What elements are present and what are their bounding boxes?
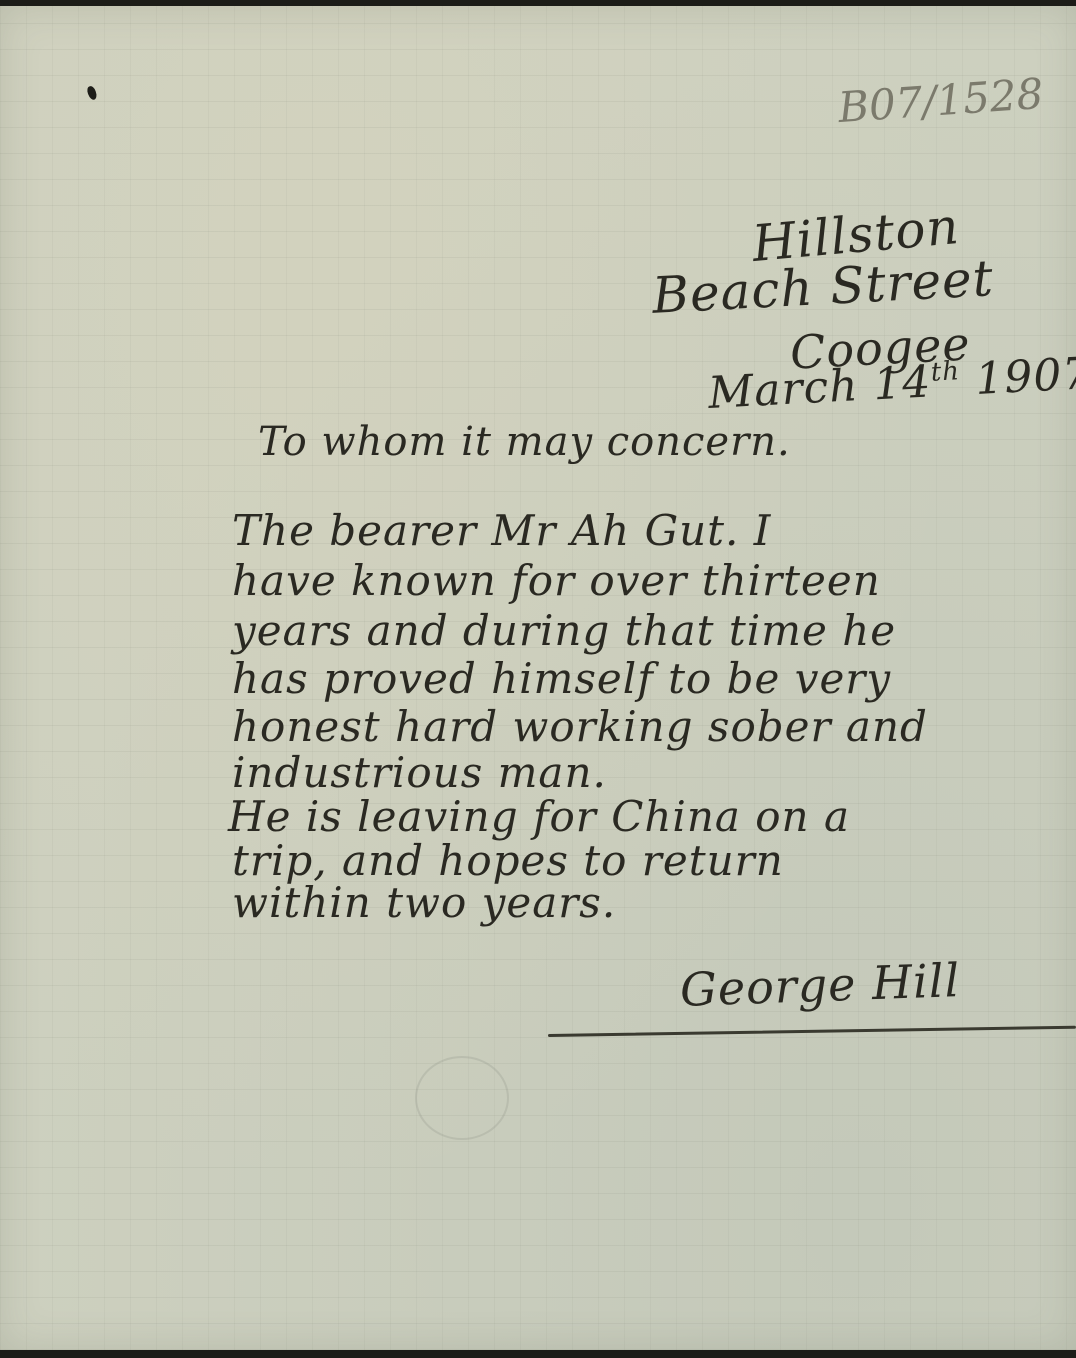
date-year: 1907 — [974, 348, 1076, 405]
body-line: have known for over thirteen — [232, 556, 881, 605]
ink-speck — [86, 85, 98, 101]
signature-underline — [548, 1026, 1076, 1037]
date-month: March — [707, 360, 860, 419]
archive-reference: B07/1528 — [837, 69, 1045, 132]
body-line: He is leaving for China on a — [228, 792, 850, 841]
letter-sheet: B07/1528 Hillston Beach Street Coogee Ma… — [0, 6, 1076, 1350]
letter-date: March 14th 1907 — [707, 348, 1076, 419]
salutation: To whom it may concern. — [258, 419, 791, 465]
address-line-2: Beach Street — [651, 249, 995, 325]
body-line: industrious man. — [232, 748, 607, 797]
date-day: 14 — [872, 356, 933, 410]
body-line: The bearer Mr Ah Gut. I — [232, 506, 771, 555]
body-line: within two years. — [232, 878, 616, 927]
body-line: honest hard working sober and — [232, 702, 928, 751]
body-line: has proved himself to be very — [232, 654, 891, 703]
body-line: years and during that time he — [232, 606, 896, 655]
faint-stamp-mark — [415, 1056, 509, 1140]
date-suffix: th — [930, 356, 961, 387]
signature: George Hill — [679, 953, 961, 1017]
